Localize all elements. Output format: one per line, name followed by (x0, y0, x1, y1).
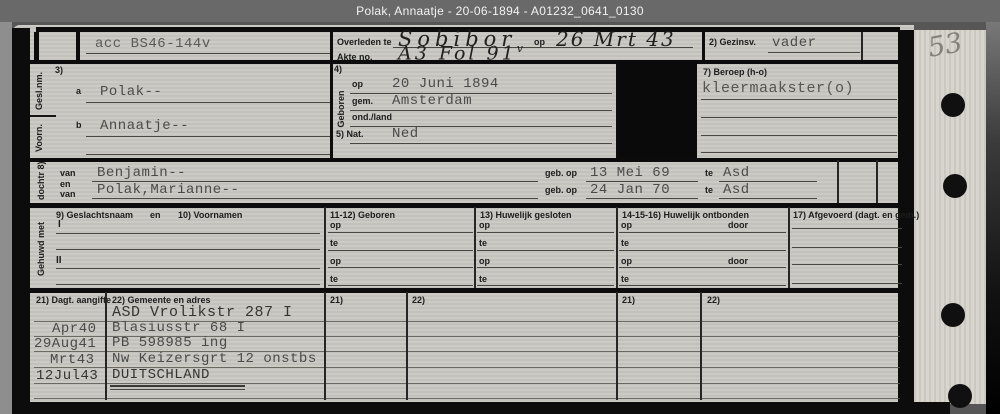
registration-address: ASD Vrolikstr 287 I (112, 304, 293, 321)
title-text: Polak, Annaatje - 20-06-1894 - A01232_06… (356, 4, 644, 18)
col-22c: 22) (707, 295, 720, 305)
scan-left-margin (0, 22, 12, 414)
te-label: te (621, 238, 629, 248)
col-afgevoerd: 17) Afgevoerd (dagt. en gem.) (793, 210, 919, 220)
overleden-label: Overleden te (337, 37, 392, 47)
rule (56, 268, 320, 269)
rule (324, 207, 326, 288)
te-label: te (479, 274, 487, 284)
rule (34, 32, 39, 60)
acc-number: acc BS46-144v (95, 36, 211, 52)
rule (792, 283, 902, 284)
punch-hole (943, 174, 967, 198)
gem-label: gem. (352, 96, 373, 106)
col-dagt-aangifte: 21) Dagt. aangifte (36, 295, 111, 305)
rule (105, 292, 107, 400)
first-names-value: Annaatje-- (100, 118, 189, 134)
en-label: en (60, 179, 71, 189)
rule (330, 32, 333, 62)
redaction-box (619, 60, 697, 160)
op-label: op (330, 220, 341, 230)
rule (328, 250, 473, 251)
rule (30, 60, 900, 64)
te-label: te (330, 274, 338, 284)
registration-date: Mrt43 (50, 352, 95, 368)
geslnm-label: Gesl.nm. (34, 68, 44, 114)
rule (350, 93, 612, 94)
rule (616, 207, 618, 288)
num4-label: 4) (334, 64, 342, 74)
rule (86, 53, 330, 54)
mother-name-value: Polak,Marianne-- (97, 182, 239, 198)
registration-address: Blasiusstr 68 I (112, 320, 246, 336)
van-label: van (60, 168, 76, 178)
rule (328, 285, 473, 286)
punch-hole (941, 93, 965, 117)
rule (619, 285, 786, 286)
rule (92, 198, 538, 199)
card-edge-strip (914, 30, 986, 404)
col-22b: 22) (412, 295, 425, 305)
rule (619, 267, 786, 268)
card-bottom-border (12, 402, 950, 414)
rule (701, 135, 897, 136)
rule (328, 232, 473, 233)
registration-address: PB 598985 ing (112, 335, 228, 351)
rule (86, 102, 330, 103)
mother-birth-date: 24 Jan 70 (590, 182, 670, 198)
col-geboren: 11-12) Geboren (330, 210, 395, 220)
rule (30, 203, 900, 208)
rule (30, 158, 900, 162)
mother-birth-place: Asd (723, 182, 750, 198)
geb-op-label: geb. op (545, 185, 577, 195)
rule (86, 154, 330, 155)
father-birth-place: Asd (723, 165, 750, 181)
birth-place-value: Amsterdam (392, 93, 472, 109)
scan-right-margin (986, 22, 1000, 414)
rule (328, 267, 473, 268)
geb-op-label: geb. op (545, 168, 577, 178)
rule (792, 228, 902, 229)
rule (474, 207, 476, 288)
row-i-marker: I (58, 219, 61, 230)
door-label: door (728, 256, 748, 266)
rule (586, 198, 698, 199)
col-21b: 21) (330, 295, 343, 305)
registration-address: Nw Keizersgrt 12 onstbs (112, 351, 317, 367)
col-ontbonden: 14-15-16) Huwelijk ontbonden (622, 210, 749, 220)
gezinsv-value: vader (772, 35, 817, 51)
rule (34, 383, 900, 384)
rule (110, 389, 245, 390)
rule (792, 264, 902, 265)
surname-value: Polak-- (100, 84, 162, 100)
rule (701, 152, 897, 153)
col-21c: 21) (622, 295, 635, 305)
screenshot-root: Polak, Annaatje - 20-06-1894 - A01232_06… (0, 0, 1000, 414)
rule (700, 292, 702, 400)
rule (477, 285, 614, 286)
te-label: te (479, 238, 487, 248)
registration-date: Apr40 (52, 321, 97, 337)
op-label: op (621, 220, 632, 230)
rule (30, 288, 902, 293)
occupation-value: kleermaakster(o) (702, 80, 854, 97)
rule (477, 250, 614, 251)
rule (56, 284, 320, 285)
sub-a-label: a (76, 86, 81, 96)
sub-b-label: b (76, 120, 82, 130)
te-label: te (621, 274, 629, 284)
gehuwd-met-label: Gehuwd met (36, 211, 46, 287)
door-label: door (728, 220, 748, 230)
father-birth-date: 13 Mei 69 (590, 165, 670, 181)
col-names-en: en (150, 210, 161, 220)
registration-date: 29Aug41 (34, 336, 96, 352)
rule (330, 62, 333, 160)
gezinsv-label: 2) Gezinsv. (709, 37, 756, 47)
op-label: op (479, 256, 490, 266)
rule (56, 233, 320, 234)
van2-label: van (60, 189, 76, 199)
rule (701, 99, 897, 100)
rule (619, 232, 786, 233)
rule (350, 126, 612, 127)
op-label: op (479, 220, 490, 230)
rule (701, 117, 897, 118)
rule (477, 232, 614, 233)
num3-label: 3) (55, 65, 63, 75)
row-ii-marker: II (56, 255, 62, 266)
page-number: 53 (926, 27, 965, 63)
rule (792, 247, 902, 248)
rule (876, 160, 878, 204)
rule (56, 249, 320, 250)
op-label: op (330, 256, 341, 266)
card-left-border (12, 28, 30, 404)
rule (619, 250, 786, 251)
father-name-value: Benjamin-- (97, 165, 186, 181)
rule (477, 267, 614, 268)
rule (76, 32, 80, 60)
rule (110, 385, 245, 387)
nationality-value: Ned (392, 126, 419, 142)
punch-hole (941, 303, 965, 327)
rule (350, 110, 612, 111)
geboren-op-label: op (352, 79, 363, 89)
rule (861, 32, 863, 62)
rule (34, 398, 900, 399)
rule (30, 115, 56, 117)
rule (406, 292, 408, 400)
col-names-2: 10) Voornamen (178, 210, 242, 220)
relation-label: dochtr 8) (36, 162, 46, 200)
col-names-1: 9) Geslachtsnaam (56, 210, 133, 220)
rule (616, 292, 618, 400)
te-label: te (330, 238, 338, 248)
registration-address: DUITSCHLAND (112, 367, 210, 383)
rule (702, 32, 705, 62)
rule (768, 52, 860, 53)
rule (788, 207, 790, 288)
punch-hole (948, 384, 972, 408)
ond-land-label: ond./land (352, 112, 392, 122)
rule (719, 198, 817, 199)
col-gesloten: 13) Huwelijk gesloten (480, 210, 572, 220)
registration-date: 12Jul43 (36, 368, 98, 384)
rule (837, 160, 839, 204)
te-label: te (705, 185, 713, 195)
beroep-label: 7) Beroep (h-o) (703, 67, 767, 77)
rule (86, 136, 330, 137)
voorn-label: Voorn. (34, 118, 44, 158)
birth-date-value: 20 Juni 1894 (392, 76, 499, 92)
overleden-op-label: op (534, 37, 545, 47)
title-bar: Polak, Annaatje - 20-06-1894 - A01232_06… (0, 0, 1000, 22)
rule (324, 292, 326, 400)
te-label: te (705, 168, 713, 178)
op-label: op (621, 256, 632, 266)
rule (350, 143, 612, 144)
nat-label: 5) Nat. (336, 129, 364, 139)
